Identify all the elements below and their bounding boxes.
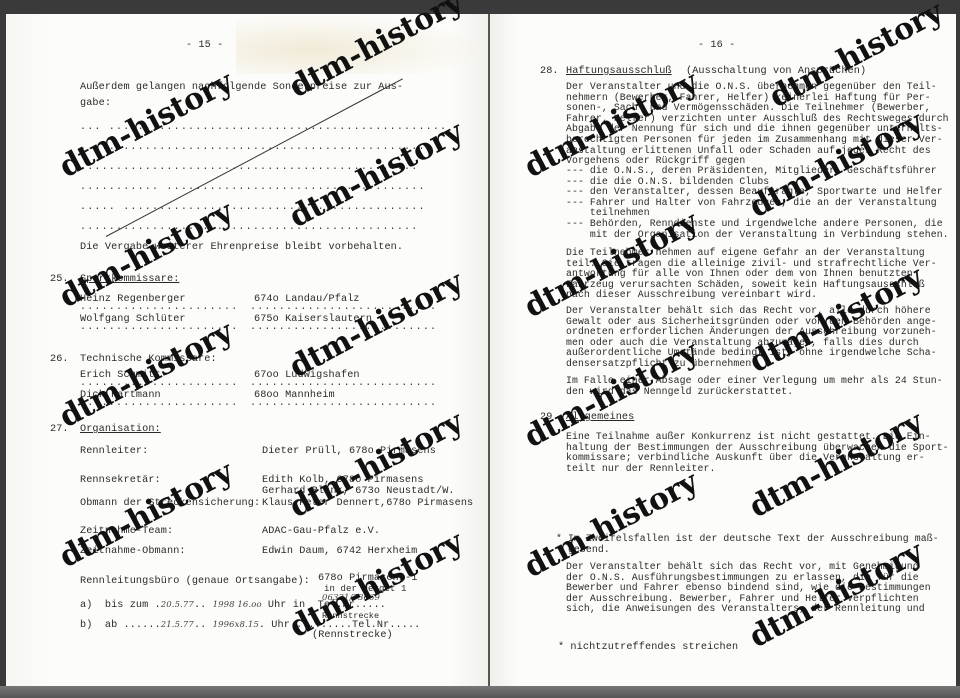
org-value: ADAC-Gau-Pfalz e.V. bbox=[262, 526, 380, 538]
line-a-prefix: a) bis zum . bbox=[80, 600, 161, 611]
paragraph-line: Der Veranstalter behält sich das Recht v… bbox=[566, 306, 931, 317]
paper-stain bbox=[236, 14, 486, 74]
org-label: Obmann der Streckensicherung: bbox=[80, 498, 260, 510]
footnote-line: sich, die Anweisungen des Veranstalters,… bbox=[566, 604, 925, 615]
line-a-suffix: Uhr in bbox=[262, 600, 312, 611]
paragraph-line: nach dieser Ausschreibung vereinbart wir… bbox=[566, 290, 817, 301]
list-item: mit der Organisation der Veranstaltung i… bbox=[566, 230, 949, 241]
section-28-subtitle: (Ausschaltung von Ansprüchen) bbox=[686, 66, 866, 78]
org-label: Zeitnahme-Obmann: bbox=[80, 546, 186, 558]
ehrenpreise-text: Die Vergabe weiterer Ehrenpreise bleibt … bbox=[80, 242, 403, 254]
section-28-title: Haftungsausschluß bbox=[566, 66, 672, 78]
line-a-date: 20.5.77 bbox=[161, 600, 194, 610]
dotted-line: ........................................… bbox=[80, 162, 418, 173]
footnote-line: gebend. bbox=[556, 545, 610, 556]
line-b-date: 21.5.77 bbox=[161, 620, 194, 630]
dotted-line: ........... ............................… bbox=[80, 182, 426, 193]
line-a-time: 1998 16.oo bbox=[213, 600, 262, 610]
line-b-note: (Rennstrecke) bbox=[312, 630, 393, 642]
paragraph-line: Eine Teilnahme außer Konkurrenz ist nich… bbox=[566, 432, 931, 443]
section-27-title: Organisation: bbox=[80, 424, 161, 436]
list-item: --- die O.N.S., deren Präsidenten, Mitgl… bbox=[566, 166, 937, 177]
org-label: Rennleiter: bbox=[80, 446, 148, 458]
org-value: Dieter Prüll, 678o Pirmasens bbox=[262, 446, 436, 458]
section-27-number: 27. bbox=[50, 424, 69, 436]
paragraph-line: den wird das Nenngeld zurückerstattet. bbox=[566, 387, 793, 398]
left-page: - 15 - Außerdem gelangen nachfolgende So… bbox=[6, 14, 488, 686]
rennleitungsbuero-label: Rennleitungsbüro (genaue Ortsangabe): bbox=[80, 576, 310, 588]
line-a-mid: .. bbox=[194, 600, 213, 611]
dotted-line: ..... ..................................… bbox=[80, 202, 426, 213]
list-item: --- Behörden, Renndienste und irgendwelc… bbox=[566, 219, 943, 230]
section-26-number: 26. bbox=[50, 354, 69, 366]
intro-line-2: gabe: bbox=[80, 98, 111, 110]
page-bottom-edge bbox=[0, 686, 960, 698]
paragraph-line: berechtigten Personen für jeden im Zusam… bbox=[566, 135, 943, 146]
footnote-line: * Im Zweifelsfallen ist der deutsche Tex… bbox=[556, 534, 939, 545]
intro-line-1: Außerdem gelangen nachfolgende Sonderpre… bbox=[80, 82, 403, 94]
org-value: Gerhard Blank, 673o Neustadt/W. bbox=[262, 486, 455, 498]
line-b-mid: .. bbox=[194, 620, 213, 631]
org-label: Rennsekretär: bbox=[80, 475, 161, 487]
line-b-time: 1996x8.15 bbox=[213, 620, 259, 630]
section-28-number: 28. bbox=[540, 66, 559, 78]
paragraph-line: Im Falle einer Absage oder einer Verlegu… bbox=[566, 376, 943, 387]
line-b-handwritten: Rennstrecke bbox=[322, 610, 379, 622]
strike-through-line bbox=[106, 78, 403, 237]
section-29-number: 29. bbox=[540, 412, 559, 424]
line-a-tel-handwritten: 06331/73669 bbox=[322, 592, 380, 604]
footnote-nichtzutreffendes: * nichtzutreffendes streichen bbox=[558, 642, 738, 654]
page-number-15: - 15 - bbox=[186, 40, 223, 52]
dotted-line: ........................................… bbox=[80, 142, 426, 153]
section-26-title: Technische Kommissare: bbox=[80, 354, 217, 366]
dotted-line: ... ....................................… bbox=[80, 122, 447, 133]
section-25-title: Sportkommissare: bbox=[80, 274, 179, 286]
section-25-number: 25. bbox=[50, 274, 69, 286]
paragraph-line: Der Veranstalter und die O.N.S. übernehm… bbox=[566, 82, 937, 93]
page-number-16: - 16 - bbox=[698, 40, 735, 52]
footnote-line: Der Veranstalter behält sich das Recht v… bbox=[566, 562, 919, 573]
right-page: - 16 - 28. Haftungsausschluß (Ausschaltu… bbox=[490, 14, 956, 686]
paragraph-line: teilt nur der Rennleiter. bbox=[566, 464, 715, 475]
org-label: Zeitnahme-Team: bbox=[80, 526, 173, 538]
paragraph-line: densersatzpflicht zu übernehmen. bbox=[566, 359, 757, 370]
paragraph-line: Die Teilnehmer nehmen auf eigene Gefahr … bbox=[566, 248, 925, 259]
section-29-title: Allgemeines bbox=[566, 412, 634, 424]
org-value: Edwin Daum, 6742 Herxheim bbox=[262, 546, 417, 558]
org-value: Klaus-Peter Dennert,678o Pirmasens bbox=[262, 498, 473, 510]
line-b-prefix: b) ab ...... bbox=[80, 620, 161, 631]
